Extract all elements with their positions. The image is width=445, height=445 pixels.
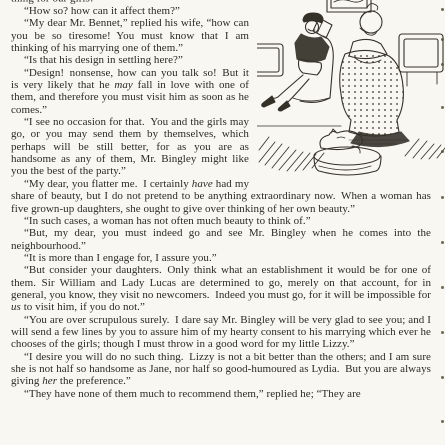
text-run: “But, my dear, you must indeed go and se… [11, 227, 431, 251]
text-run: “In such cases, a woman has not often mu… [24, 215, 311, 227]
edge-speck [441, 63, 444, 66]
edge-speck [441, 150, 444, 153]
text-run: “My dear, you flatter me. I certainly [24, 178, 192, 190]
page-text-block: thing for our girls!”“How so? how can it… [0, 0, 445, 400]
edge-speck [441, 286, 444, 289]
italic-text: have [192, 178, 213, 190]
text-run: “It is more than I engage for, I assure … [24, 252, 217, 264]
left-chair-icon [257, 44, 283, 76]
mrs-bennet-figure [340, 4, 409, 147]
text-run: “My dear Mr. Bennet,” replied his wife, … [11, 17, 249, 54]
italic-text: may [114, 79, 132, 91]
edge-speck [441, 38, 444, 41]
text-run: to visit him, if you do not.” [21, 301, 145, 313]
italic-text: us [11, 301, 21, 313]
paragraph: “You are over scrupulous surely. I dare … [11, 314, 431, 351]
wall-picture-frame-icon [327, 0, 371, 12]
edge-speck [441, 420, 444, 423]
book-page: thing for our girls!”“How so? how can it… [0, 0, 445, 445]
text-run: the preference.” [57, 375, 131, 387]
text-run: “They have none of them much to recommen… [24, 388, 361, 400]
italic-text: her [42, 375, 57, 387]
edge-speck [441, 241, 444, 244]
edge-speck [441, 331, 444, 334]
paragraph: “But, my dear, you must indeed go and se… [11, 227, 431, 252]
paragraph: “But consider your daughters. Only think… [11, 264, 431, 313]
page-edge-specks [439, 0, 445, 445]
illustration-svg [257, 0, 445, 184]
text-run: “Is that his design in settling here?” [24, 54, 183, 66]
edge-speck [441, 196, 444, 199]
text-run: “But consider your daughters. Only think… [11, 264, 431, 301]
clipped-top-line: thing for our girls!” [11, 0, 249, 5]
paragraph: “I desire you will do no such thing. Liz… [11, 351, 431, 388]
paragraph: “It is more than I engage for, I assure … [11, 252, 431, 264]
edge-speck [441, 376, 444, 379]
edge-speck [441, 8, 444, 11]
paragraph: “In such cases, a woman has not often mu… [11, 215, 431, 227]
right-chair-icon [399, 34, 443, 86]
text-run: “How so? how can it affect them?” [24, 5, 180, 17]
text-run: “You are over scrupulous surely. I dare … [11, 314, 431, 351]
text-run: “I see no occasion for that. You and the… [11, 116, 249, 177]
text-run: thing for our girls!” [11, 0, 99, 5]
edge-speck [441, 106, 444, 109]
mr-bennet-figure [262, 13, 334, 111]
paragraph: “They have none of them much to recommen… [11, 388, 431, 400]
bennet-family-illustration [257, 0, 445, 184]
